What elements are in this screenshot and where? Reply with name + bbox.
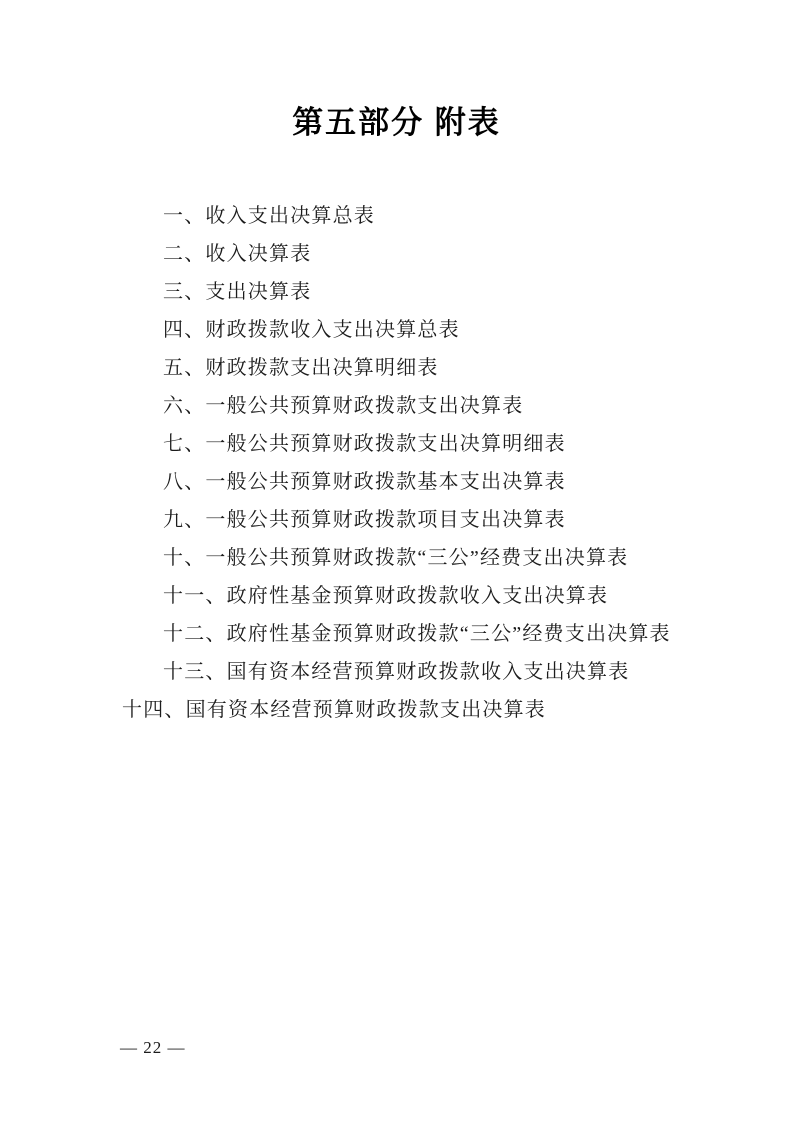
list-item-14: 十四、国有资本经营预算财政拨款支出决算表 [122, 691, 753, 729]
list-item-7: 七、一般公共预算财政拨款支出决算明细表 [163, 425, 753, 463]
page-number: — 22 — [120, 1038, 186, 1058]
list-item-4: 四、财政拨款收入支出决算总表 [163, 311, 753, 349]
list-item-5: 五、财政拨款支出决算明细表 [163, 349, 753, 387]
list-item-11: 十一、政府性基金预算财政拨款收入支出决算表 [163, 577, 753, 615]
list-item-2: 二、收入决算表 [163, 235, 753, 273]
list-item-13: 十三、国有资本经营预算财政拨款收入支出决算表 [163, 653, 753, 691]
list-item-3: 三、支出决算表 [163, 273, 753, 311]
list-item-8: 八、一般公共预算财政拨款基本支出决算表 [163, 463, 753, 501]
document-page: 第五部分 附表 一、收入支出决算总表 二、收入决算表 三、支出决算表 四、财政拨… [0, 0, 793, 1122]
list-item-9: 九、一般公共预算财政拨款项目支出决算表 [163, 501, 753, 539]
list-item-6: 六、一般公共预算财政拨款支出决算表 [163, 387, 753, 425]
list-item-10: 十、一般公共预算财政拨款“三公”经费支出决算表 [163, 539, 753, 577]
page-title: 第五部分 附表 [0, 97, 793, 142]
appendix-table-list: 一、收入支出决算总表 二、收入决算表 三、支出决算表 四、财政拨款收入支出决算总… [163, 197, 753, 729]
list-item-1: 一、收入支出决算总表 [163, 197, 753, 235]
list-item-12: 十二、政府性基金预算财政拨款“三公”经费支出决算表 [163, 615, 753, 653]
